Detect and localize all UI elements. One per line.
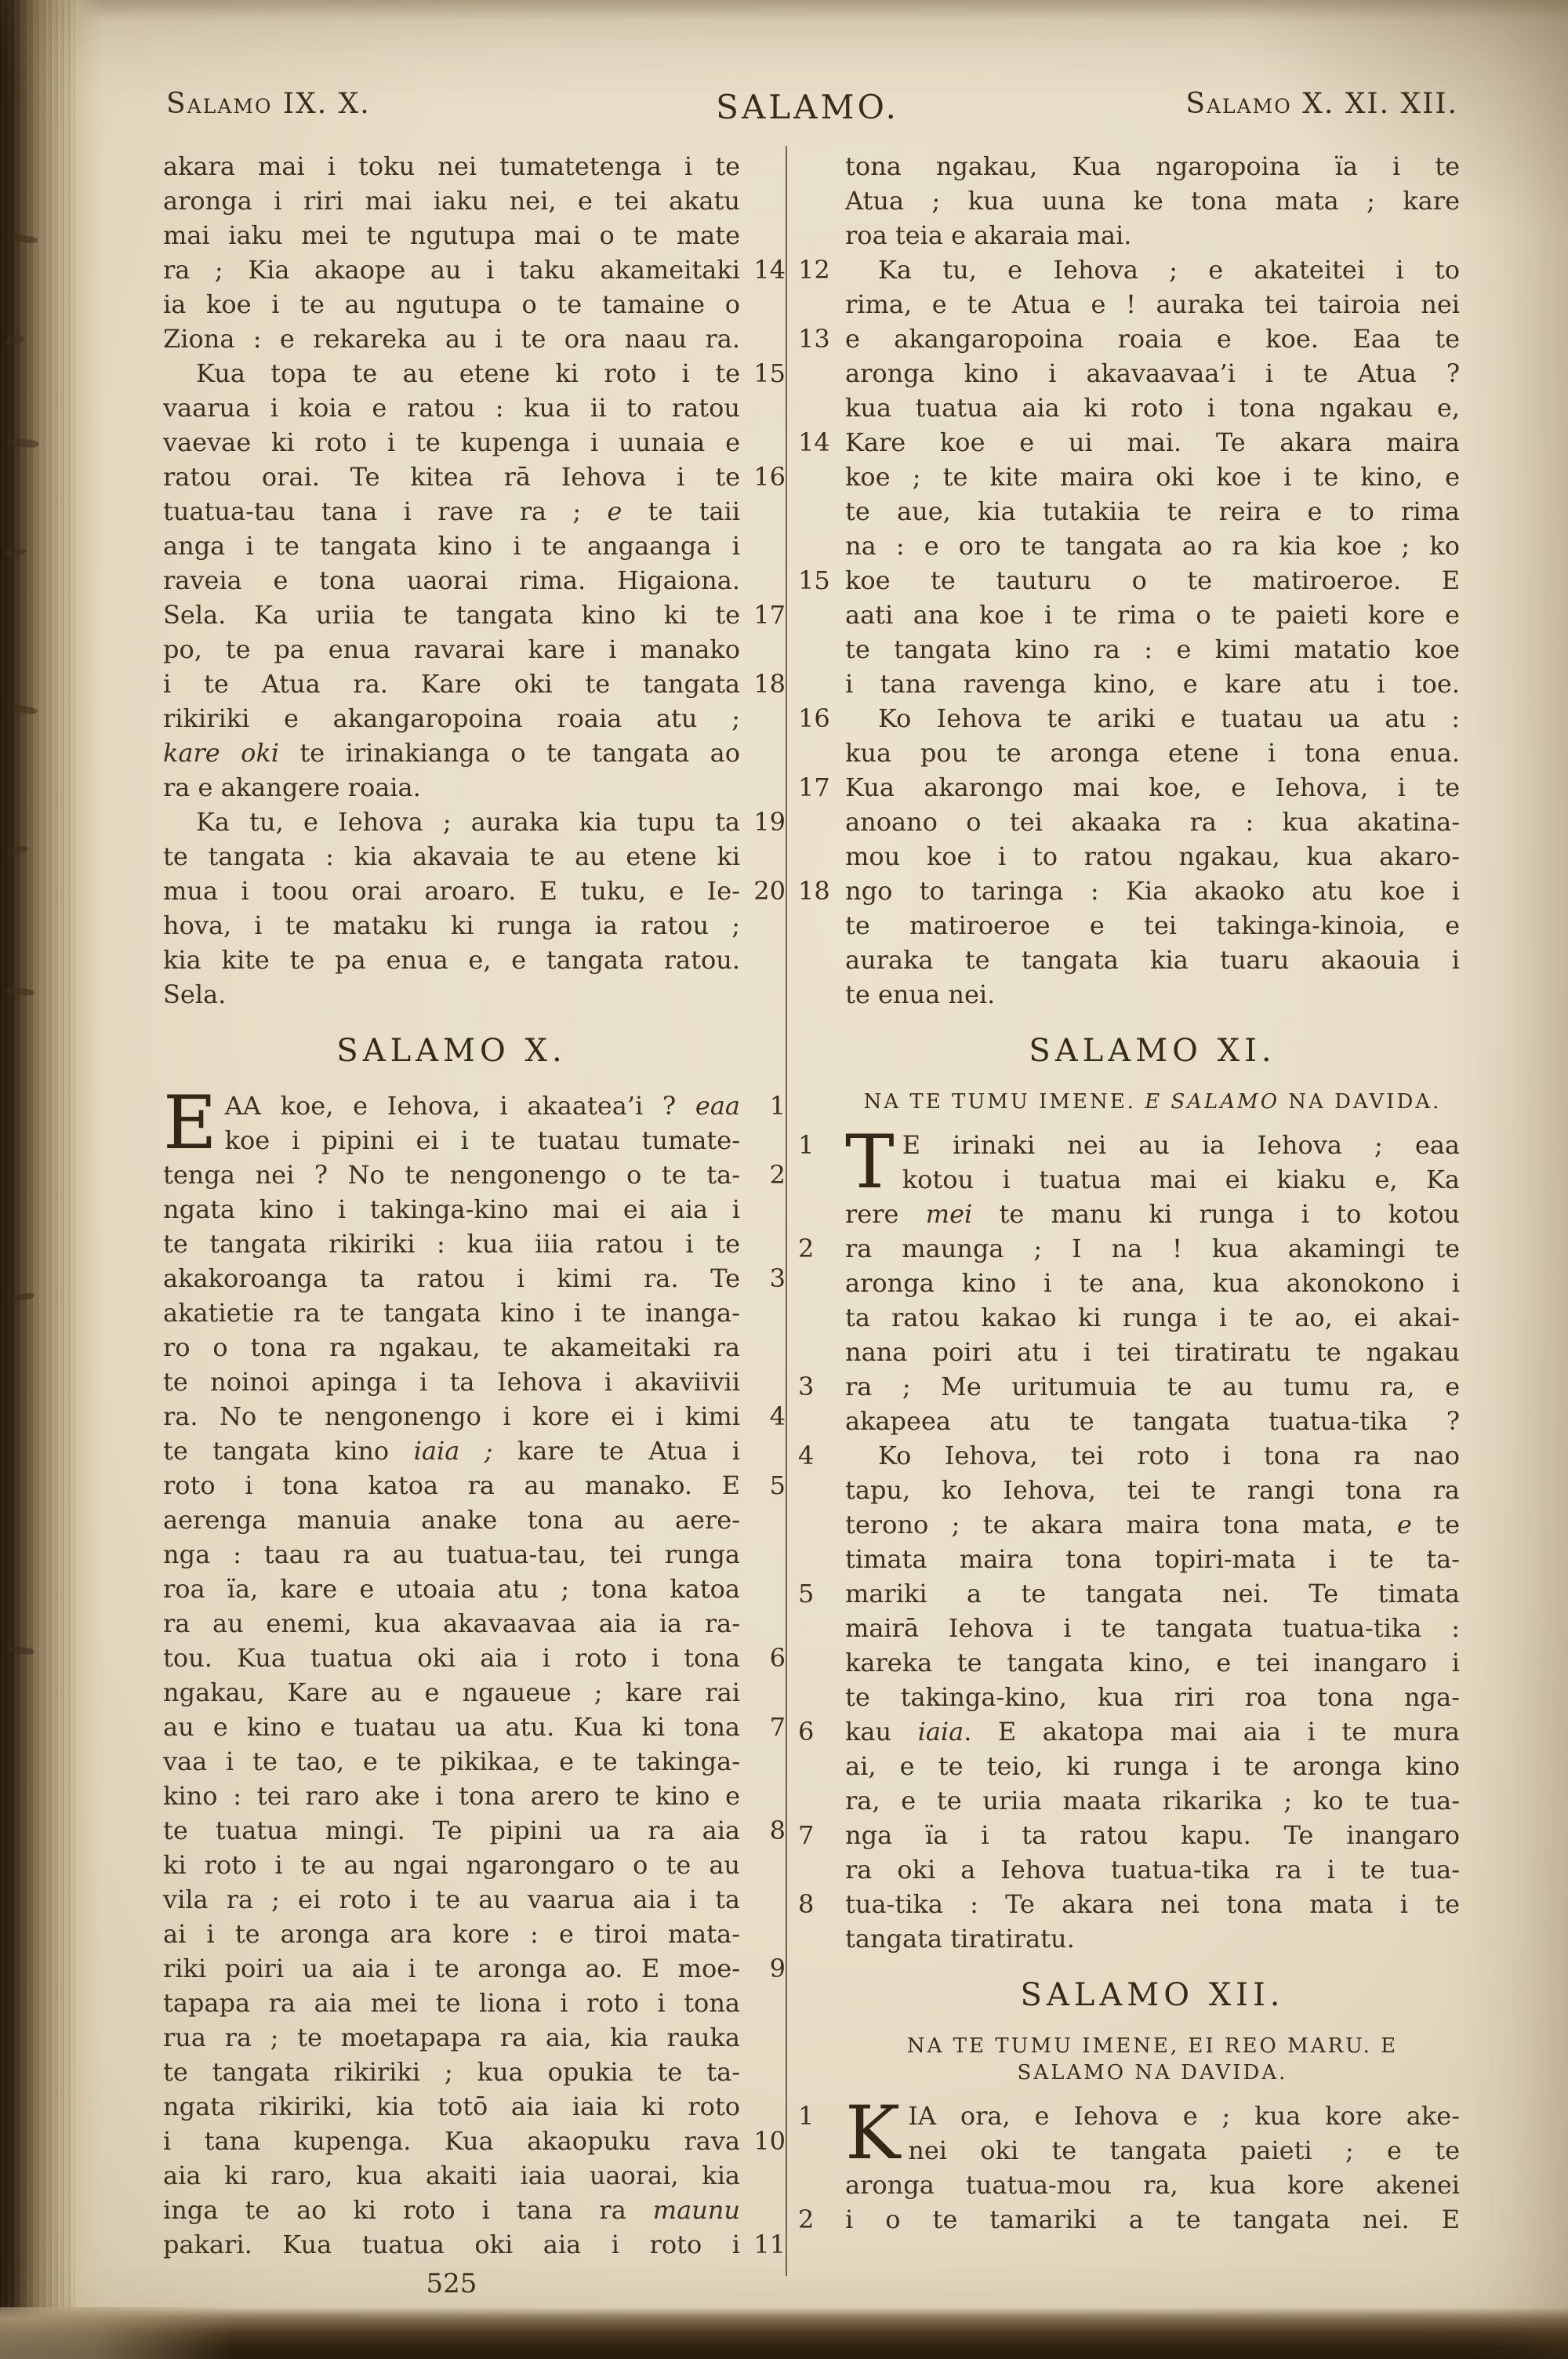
text-line-content: ta ratou kakao ki runga i te ao, ei akai…	[845, 1303, 1460, 1332]
text-line: ngo to taringa : Kia akaoko atu koe i18	[845, 874, 1460, 908]
text-line: Kare koe e ui mai. Te akara maira14	[845, 425, 1460, 460]
text-line-content: aia ki raro, kua akaiti iaia uaorai, kia	[163, 2161, 740, 2190]
text-line: te noinoi apinga i ta Iehova i akaviivii	[163, 1365, 740, 1399]
text-line-content: pakari. Kua tuatua oki aia i roto i	[163, 2230, 740, 2259]
text-line-content: tona ngakau, Kua ngaropoina ïa i te	[845, 151, 1460, 181]
text-line-content: inga te ao ki roto i tana ra maunu	[163, 2195, 740, 2225]
verse-number: 17	[798, 770, 830, 805]
text-line-content: ra ; Kia akaope au i taku akameitaki	[163, 255, 740, 285]
text-line-content: te tangata kino iaia ; kare te Atua i	[163, 1436, 740, 1466]
text-line: te matiroeroe e tei takinga-kinoia, e	[845, 908, 1460, 943]
text-line-content: raveia e tona uaorai rima. Higaiona.	[163, 565, 740, 595]
text-line-content: te noinoi apinga i ta Iehova i akaviivii	[163, 1367, 740, 1397]
top-edge-shadow	[0, 0, 1568, 20]
text-line: po, te pa enua ravarai kare i manako	[163, 632, 740, 667]
running-header-center: SALAMO.	[470, 88, 1145, 126]
text-line-content: te tangata kino ra : e kimi matatio koe	[845, 634, 1460, 664]
verse-number: 18	[798, 874, 830, 908]
text-line: tona ngakau, Kua ngaropoina ïa i te	[845, 149, 1460, 184]
text-line-content: Ka tu, e Iehova ; auraka kia tupu ta	[196, 807, 740, 837]
text-line: riki poiri ua aia i te aronga ao. E moe-…	[163, 1951, 740, 1986]
text-line: akapeea atu te tangata tuatua-tika ?	[845, 1404, 1460, 1438]
text-line: koe te tauturu o te matiroeroe. E15	[845, 563, 1460, 598]
text-line: anoano o tei akaaka ra : kua akatina-	[845, 805, 1460, 839]
book-bottom-edge	[0, 2307, 1568, 2359]
text-line: aronga kino i akavaavaa’i i te Atua ?	[845, 356, 1460, 391]
text-line: i tana kupenga. Kua akaopuku rava10	[163, 2124, 740, 2158]
verse-number: 7	[798, 1818, 814, 1852]
text-line: aronga tuatua-mou ra, kua kore akenei	[845, 2168, 1460, 2202]
text-line: te tangata : kia akavaia te au etene ki	[163, 839, 740, 874]
text-line-content: te enua nei.	[845, 980, 995, 1009]
text-line-content: Ko Iehova, tei roto i tona ra nao	[878, 1441, 1460, 1470]
text-line-content: Atua ; kua uuna ke tona mata ; kare	[845, 186, 1460, 216]
verse-number: 1	[798, 1128, 814, 1162]
text-line: ra ; Kia akaope au i taku akameitaki14	[163, 253, 740, 287]
text-line: kareka te tangata kino, e tei inangaro i	[845, 1645, 1460, 1680]
paragraph: Kua topa te au etene ki roto i te15vaaru…	[163, 356, 740, 805]
text-line: rere mei te manu ki runga i to kotou	[845, 1197, 1460, 1231]
text-line: ra. No te nengonengo i kore ei i kimi4	[163, 1399, 740, 1434]
text-line-content: vaarua i koia e ratou : kua ii to ratou	[163, 393, 740, 423]
text-line-content: te tangata : kia akavaia te au etene ki	[163, 841, 740, 871]
text-line-content: ngata kino i takinga-kino mai ei aia i	[163, 1194, 740, 1224]
text-line: vaarua i koia e ratou : kua ii to ratou	[163, 391, 740, 425]
text-line-content: E irinaki nei au ia Iehova ; eaa	[902, 1130, 1460, 1160]
verse-number: 15	[798, 563, 830, 598]
text-line-content: tuatua-tau tana i rave ra ; e te taii	[163, 496, 740, 526]
text-line-content: timata maira tona topiri-mata i te ta-	[845, 1544, 1460, 1574]
text-line-content: aronga kino i te ana, kua akonokono i	[845, 1268, 1460, 1298]
text-line-content: kua pou te aronga etene i tona enua.	[845, 738, 1460, 768]
verse-number: 17	[753, 598, 786, 632]
column-right: tona ngakau, Kua ngaropoina ïa i teAtua …	[795, 149, 1460, 2237]
text-line-content: te tuatua mingi. Te pipini ua ra aia	[163, 1816, 740, 1845]
text-line: au e kino e tuatau ua atu. Kua ki tona7	[163, 1710, 740, 1744]
text-line: kotou i tuatua mai ei kiaku e, Ka	[845, 1162, 1460, 1197]
text-line-content: i tana kupenga. Kua akaopuku rava	[163, 2126, 740, 2156]
text-line: te aue, kia tutakiia te reira e to rima	[845, 494, 1460, 529]
verse-number: 9	[770, 1951, 786, 1986]
text-line-content: vila ra ; ei roto i te au vaarua aia i t…	[163, 1885, 740, 1914]
text-line: ratou orai. Te kitea rā Iehova i te16	[163, 460, 740, 494]
text-line-content: akara mai i toku nei tumatetenga i te	[163, 151, 740, 181]
text-line: terono ; te akara maira tona mata, e te	[845, 1507, 1460, 1542]
text-line-content: ra ; Me uritumuia te au tumu ra, e	[845, 1372, 1460, 1401]
verse-number: 3	[770, 1261, 786, 1296]
verse-number: 14	[798, 425, 830, 460]
text-line-content: ngo to taringa : Kia akaoko atu koe i	[845, 876, 1460, 906]
text-line: ngata rikiriki, kia totō aia iaia ki rot…	[163, 2089, 740, 2124]
text-line: i te Atua ra. Kare oki te tangata18	[163, 667, 740, 701]
text-line: rikiriki e akangaropoina roaia atu ;	[163, 701, 740, 736]
text-line-content: mariki a te tangata nei. Te timata	[845, 1579, 1460, 1608]
verse-number: 1	[798, 2099, 814, 2133]
text-line-content: ra au enemi, kua akavaavaa aia ia ra-	[163, 1608, 740, 1638]
text-line-content: ro o tona ra ngakau, te akameitaki ra	[163, 1332, 740, 1362]
text-line: tapapa ra aia mei te liona i roto i tona	[163, 1986, 740, 2020]
verse-number: 8	[770, 1813, 786, 1848]
text-line-content: koe ; te kite maira oki koe i te kino, e	[845, 462, 1460, 492]
text-line-content: akapeea atu te tangata tuatua-tika ?	[845, 1406, 1460, 1436]
verse-number: 14	[753, 253, 786, 287]
text-line-content: nga ïa i ta ratou kapu. Te inangaro	[845, 1820, 1460, 1850]
book-bottom-corner-pages	[0, 2307, 235, 2359]
text-line-content: tapu, ko Iehova, tei te rangi tona ra	[845, 1475, 1460, 1505]
text-line-content: ra maunga ; I na ! kua akamingi te	[845, 1234, 1460, 1263]
text-line-content: akakoroanga ta ratou i kimi ra. Te	[163, 1263, 740, 1293]
text-line-content: po, te pa enua ravarai kare i manako	[163, 634, 740, 664]
text-line-content: AA koe, e Iehova, i akaatea’i ? eaa	[225, 1091, 740, 1121]
psalm-subtitle: NA TE TUMU IMENE, EI REO MARU. E	[845, 2033, 1460, 2059]
paragraph: Ka tu, e Iehova ; auraka kia tupu ta19te…	[163, 805, 740, 1012]
text-line-content: mai iaku mei te ngutupa mai o te mate	[163, 220, 740, 250]
text-line: ngata kino i takinga-kino mai ei aia i	[163, 1192, 740, 1227]
text-line: akakoroanga ta ratou i kimi ra. Te3	[163, 1261, 740, 1296]
text-line: kua pou te aronga etene i tona enua.	[845, 736, 1460, 770]
verse-number: 10	[753, 2124, 786, 2158]
text-line: e akangaropoina roaia e koe. Eaa te13	[845, 322, 1460, 356]
text-line-content: te tangata rikiriki : kua iiia ratou i t…	[163, 1229, 740, 1259]
text-line: tapu, ko Iehova, tei te rangi tona ra	[845, 1473, 1460, 1507]
text-line-content: vaevae ki roto i te kupenga i uunaia e	[163, 427, 740, 457]
text-line: rua ra ; te moetapapa ra aia, kia rauka	[163, 2020, 740, 2055]
text-line: ta ratou kakao ki runga i te ao, ei akai…	[845, 1300, 1460, 1335]
text-line-content: tenga nei ? No te nengonengo o te ta-	[163, 1160, 740, 1190]
text-line: te tangata kino ra : e kimi matatio koe	[845, 632, 1460, 667]
text-line: mou koe i to ratou ngakau, kua akaro-	[845, 839, 1460, 874]
text-line: roa ïa, kare e utoaia atu ; tona katoa	[163, 1572, 740, 1606]
text-line: koe i pipini ei i te tuatau tumate-	[163, 1123, 740, 1158]
psalm-subtitle-group: NA TE TUMU IMENE, EI REO MARU. ESALAMO N…	[845, 2033, 1460, 2086]
text-line-content: tua-tika : Te akara nei tona mata i te	[845, 1889, 1460, 1919]
text-line-content: kua tuatua aia ki roto i tona ngakau e,	[845, 393, 1460, 423]
psalm-subtitle: SALAMO NA DAVIDA.	[845, 2059, 1460, 2086]
text-line: ra maunga ; I na ! kua akamingi te2	[845, 1231, 1460, 1266]
paragraph: Ko Iehova, tei roto i tona ra nao4tapu, …	[845, 1438, 1460, 1956]
paragraph: tona ngakau, Kua ngaropoina ïa i teAtua …	[845, 149, 1460, 253]
text-line: aati ana koe i te rima o te paieti kore …	[845, 598, 1460, 632]
text-line-content: kareka te tangata kino, e tei inangaro i	[845, 1648, 1460, 1677]
text-line-content: mua i toou orai aroaro. E tuku, e Ie-	[163, 876, 740, 906]
psalm-heading: SALAMO X.	[163, 1032, 740, 1070]
text-line-content: vaa i te tao, e te pikikaa, e te takinga…	[163, 1747, 740, 1776]
text-line: i tana ravenga kino, e kare atu i toe.	[845, 667, 1460, 701]
psalm-subtitle-group: NA TE TUMU IMENE. E SALAMO NA DAVIDA.	[845, 1089, 1460, 1115]
text-line: Atua ; kua uuna ke tona mata ; kare	[845, 184, 1460, 218]
text-line-content: nana poiri atu i tei tiratiratu te ngaka…	[845, 1337, 1460, 1367]
verse-number: 12	[798, 253, 830, 287]
text-line-content: i te Atua ra. Kare oki te tangata	[163, 669, 740, 699]
text-line: rima, e te Atua e ! auraka tei tairoia n…	[845, 287, 1460, 322]
text-line: raveia e tona uaorai rima. Higaiona.	[163, 563, 740, 598]
paragraph: Ka tu, e Iehova ; e akateitei i to12rima…	[845, 253, 1460, 701]
text-line-content: e akangaropoina roaia e koe. Eaa te	[845, 324, 1460, 354]
psalm-heading: SALAMO XII.	[845, 1976, 1460, 2014]
text-line-content: kare oki te irinakianga o te tangata ao	[163, 738, 740, 768]
text-line: inga te ao ki roto i tana ra maunu	[163, 2193, 740, 2227]
verse-number: 6	[770, 1641, 786, 1675]
text-line: Sela. Ka uriia te tangata kino ki te17	[163, 598, 740, 632]
text-line: mua i toou orai aroaro. E tuku, e Ie-20	[163, 874, 740, 908]
text-line: nga ïa i ta ratou kapu. Te inangaro7	[845, 1818, 1460, 1852]
verse-number: 18	[753, 667, 786, 701]
text-line-content: tou. Kua tuatua oki aia i roto i tona	[163, 1643, 740, 1673]
text-line: te takinga-kino, kua riri roa tona nga-	[845, 1680, 1460, 1714]
text-line: te tangata kino iaia ; kare te Atua i	[163, 1434, 740, 1468]
text-line: vila ra ; ei roto i te au vaarua aia i t…	[163, 1882, 740, 1917]
page-number: 525	[163, 2268, 740, 2299]
text-line-content: Sela.	[163, 980, 226, 1009]
text-line: Ko Iehova, tei roto i tona ra nao4	[845, 1438, 1460, 1473]
text-line-content: roa teia e akaraia mai.	[845, 220, 1131, 250]
text-line: kua tuatua aia ki roto i tona ngakau e,	[845, 391, 1460, 425]
text-line: tuatua-tau tana i rave ra ; e te taii	[163, 494, 740, 529]
text-line-content: ai i te aronga ara kore : e tiroi mata-	[163, 1919, 740, 1949]
text-line-content: aronga tuatua-mou ra, kua kore akenei	[845, 2170, 1460, 2200]
text-line: AA koe, e Iehova, i akaatea’i ? eaa1	[163, 1089, 740, 1123]
text-line: kau iaia. E akatopa mai aia i te mura6	[845, 1714, 1460, 1749]
text-line-content: ai, e te teio, ki runga i te aronga kino	[845, 1751, 1460, 1781]
paragraph: EAA koe, e Iehova, i akaatea’i ? eaa1koe…	[163, 1089, 740, 2262]
text-line: Ko Iehova te ariki e tuatau ua atu :16	[845, 701, 1460, 736]
text-line: Ka tu, e Iehova ; auraka kia tupu ta19	[163, 805, 740, 839]
verse-number: 7	[770, 1710, 786, 1744]
text-line-content: Sela. Ka uriia te tangata kino ki te	[163, 600, 740, 630]
text-line-content: rima, e te Atua e ! auraka tei tairoia n…	[845, 289, 1460, 319]
verse-number: 15	[753, 356, 786, 391]
text-line-content: i tana ravenga kino, e kare atu i toe.	[845, 669, 1460, 699]
text-line-content: mairā Iehova i te tangata tuatua-tika :	[845, 1613, 1460, 1643]
text-line-content: ra e akangere roaia.	[163, 772, 421, 802]
verse-number: 11	[753, 2227, 786, 2262]
text-line: pakari. Kua tuatua oki aia i roto i11	[163, 2227, 740, 2262]
paragraph: Ko Iehova te ariki e tuatau ua atu :16ku…	[845, 701, 1460, 1012]
text-line: kia kite te pa enua e, e tangata ratou.	[163, 943, 740, 977]
text-line: ki roto i te au ngai ngarongaro o te au	[163, 1848, 740, 1882]
text-line: IA ora, e Iehova e ; kua kore ake-1	[845, 2099, 1460, 2133]
text-line-content: te matiroeroe e tei takinga-kinoia, e	[845, 911, 1460, 940]
paragraph: KIA ora, e Iehova e ; kua kore ake-1nei …	[845, 2099, 1460, 2237]
text-line-content: rikiriki e akangaropoina roaia atu ;	[163, 703, 740, 733]
text-line: ro o tona ra ngakau, te akameitaki ra	[163, 1330, 740, 1365]
page-edge-streaks	[0, 0, 75, 2359]
text-line: ra ; Me uritumuia te au tumu ra, e3	[845, 1369, 1460, 1404]
text-line: i o te tamariki a te tangata nei. E2	[845, 2202, 1460, 2237]
text-line: ra, e te uriia maata rikarika ; ko te tu…	[845, 1783, 1460, 1818]
text-line: tou. Kua tuatua oki aia i roto i tona6	[163, 1641, 740, 1675]
text-line: Ka tu, e Iehova ; e akateitei i to12	[845, 253, 1460, 287]
verse-number: 16	[753, 460, 786, 494]
text-line-content: aronga i riri mai iaku nei, e tei akatu	[163, 186, 740, 216]
text-line: kare oki te irinakianga o te tangata ao	[163, 736, 740, 770]
text-line: ra oki a Iehova tuatua-tika ra i te tua-	[845, 1852, 1460, 1887]
text-line-content: Ziona : e rekareka au i te ora naau ra.	[163, 324, 740, 354]
text-line-content: anoano o tei akaaka ra : kua akatina-	[845, 807, 1460, 837]
text-line-content: rua ra ; te moetapapa ra aia, kia rauka	[163, 2023, 740, 2052]
text-line-content: IA ora, e Iehova e ; kua kore ake-	[908, 2101, 1460, 2131]
text-line-content: tangata tiratiratu.	[845, 1924, 1075, 1954]
text-line-content: kino : tei raro ake i tona arero te kino…	[163, 1781, 740, 1811]
text-line: anga i te tangata kino i te angaanga i	[163, 529, 740, 563]
text-line-content: ia koe i te au ngutupa o te tamaine o	[163, 289, 740, 319]
verse-number: 3	[798, 1369, 814, 1404]
verse-number: 5	[770, 1468, 786, 1503]
text-line-content: koe i pipini ei i te tuatau tumate-	[225, 1125, 740, 1155]
verse-number: 4	[770, 1399, 786, 1434]
text-line: tua-tika : Te akara nei tona mata i te8	[845, 1887, 1460, 1921]
text-line-content: aerenga manuia anake tona au aere-	[163, 1505, 740, 1535]
text-line-content: te takinga-kino, kua riri roa tona nga-	[845, 1682, 1460, 1712]
text-line-content: na : e oro te tangata ao ra kia koe ; ko	[845, 531, 1460, 561]
psalm-subtitle: NA TE TUMU IMENE. E SALAMO NA DAVIDA.	[845, 1089, 1460, 1115]
text-line-content: ra. No te nengonengo i kore ei i kimi	[163, 1401, 740, 1431]
text-line-content: ratou orai. Te kitea rā Iehova i te	[163, 462, 740, 492]
text-line-content: anga i te tangata kino i te angaanga i	[163, 531, 740, 561]
text-line-content: nei oki te tangata paieti ; e te	[908, 2135, 1460, 2165]
text-line-content: Kare koe e ui mai. Te akara maira	[845, 427, 1460, 457]
verse-number: 1	[770, 1089, 786, 1123]
text-line-content: roa ïa, kare e utoaia atu ; tona katoa	[163, 1574, 740, 1604]
text-line-content: te tangata rikiriki ; kua opukia te ta-	[163, 2057, 740, 2087]
text-line-content: hova, i te mataku ki runga ia ratou ;	[163, 911, 740, 940]
text-line-content: koe te tauturu o te matiroeroe. E	[845, 565, 1460, 595]
text-line: hova, i te mataku ki runga ia ratou ;	[163, 908, 740, 943]
text-line: te enua nei.	[845, 977, 1460, 1012]
text-line-content: Kua akarongo mai koe, e Iehova, i te	[845, 772, 1460, 802]
verse-number: 2	[798, 2202, 814, 2237]
running-header-right: Salamo X. XI. XII.	[1082, 88, 1458, 120]
text-line-content: kau iaia. E akatopa mai aia i te mura	[845, 1717, 1460, 1747]
text-line: ra au enemi, kua akavaavaa aia ia ra-	[163, 1606, 740, 1641]
text-line: roa teia e akaraia mai.	[845, 218, 1460, 253]
text-line-content: ra, e te uriia maata rikarika ; ko te tu…	[845, 1786, 1460, 1816]
text-line: vaa i te tao, e te pikikaa, e te takinga…	[163, 1744, 740, 1779]
text-line: ra e akangere roaia.	[163, 770, 740, 805]
column-left: akara mai i toku nei tumatetenga i tearo…	[163, 149, 790, 2262]
text-line: koe ; te kite maira oki koe i te kino, e	[845, 460, 1460, 494]
text-line: te tangata rikiriki ; kua opukia te ta-	[163, 2055, 740, 2089]
text-line-content: Kua topa te au etene ki roto i te	[196, 358, 740, 388]
text-line-content: kia kite te pa enua e, e tangata ratou.	[163, 945, 740, 975]
verse-number: 16	[798, 701, 830, 736]
text-line-content: aronga kino i akavaavaa’i i te Atua ?	[845, 358, 1460, 388]
text-line: mairā Iehova i te tangata tuatua-tika :	[845, 1611, 1460, 1645]
verse-number: 4	[798, 1438, 814, 1473]
text-line-content: mou koe i to ratou ngakau, kua akaro-	[845, 841, 1460, 871]
verse-number: 19	[753, 805, 786, 839]
text-line: ngakau, Kare au e ngaueue ; kare rai	[163, 1675, 740, 1710]
text-line-content: nga : taau ra au tuatua-tau, tei runga	[163, 1539, 740, 1569]
verse-number: 20	[753, 874, 786, 908]
text-line: te tangata rikiriki : kua iiia ratou i t…	[163, 1227, 740, 1261]
scanned-book-page: Salamo IX. X. SALAMO. Salamo X. XI. XII.…	[0, 0, 1568, 2359]
text-line: Kua akarongo mai koe, e Iehova, i te17	[845, 770, 1460, 805]
verse-number: 6	[798, 1714, 814, 1749]
verse-number: 8	[798, 1887, 814, 1921]
text-line: te tuatua mingi. Te pipini ua ra aia8	[163, 1813, 740, 1848]
text-line: ai, e te teio, ki runga i te aronga kino	[845, 1749, 1460, 1783]
text-line: roto i tona katoa ra au manako. E5	[163, 1468, 740, 1503]
text-line: nei oki te tangata paieti ; e te	[845, 2133, 1460, 2168]
text-line-content: Ka tu, e Iehova ; e akateitei i to	[878, 255, 1460, 285]
text-line: akatietie ra te tangata kino i te inanga…	[163, 1296, 740, 1330]
text-line: nana poiri atu i tei tiratiratu te ngaka…	[845, 1335, 1460, 1369]
paragraph: TE irinaki nei au ia Iehova ; eaa1kotou …	[845, 1128, 1460, 1438]
text-line-content: akatietie ra te tangata kino i te inanga…	[163, 1298, 740, 1328]
text-line: akara mai i toku nei tumatetenga i te	[163, 149, 740, 184]
text-line-content: te aue, kia tutakiia te reira e to rima	[845, 496, 1460, 526]
text-line-content: terono ; te akara maira tona mata, e te	[845, 1510, 1460, 1539]
text-line: auraka te tangata kia tuaru akaouia i	[845, 943, 1460, 977]
text-line: mai iaku mei te ngutupa mai o te mate	[163, 218, 740, 253]
text-line-content: ki roto i te au ngai ngarongaro o te au	[163, 1850, 740, 1880]
verse-number: 2	[798, 1231, 814, 1266]
paragraph: akara mai i toku nei tumatetenga i tearo…	[163, 149, 740, 356]
text-line: kino : tei raro ake i tona arero te kino…	[163, 1779, 740, 1813]
text-line-content: auraka te tangata kia tuaru akaouia i	[845, 945, 1460, 975]
text-line-content: roto i tona katoa ra au manako. E	[163, 1470, 740, 1500]
text-line: ia koe i te au ngutupa o te tamaine o	[163, 287, 740, 322]
verse-number: 2	[770, 1158, 786, 1192]
text-line: Kua topa te au etene ki roto i te15	[163, 356, 740, 391]
psalm-heading: SALAMO XI.	[845, 1032, 1460, 1070]
text-line-content: ngakau, Kare au e ngaueue ; kare rai	[163, 1677, 740, 1707]
text-line-content: i o te tamariki a te tangata nei. E	[845, 2205, 1460, 2234]
text-line: ai i te aronga ara kore : e tiroi mata-	[163, 1917, 740, 1951]
text-line: nga : taau ra au tuatua-tau, tei runga	[163, 1537, 740, 1572]
verse-number: 5	[798, 1576, 814, 1611]
text-line: timata maira tona topiri-mata i te ta-	[845, 1542, 1460, 1576]
text-line-content: rere mei te manu ki runga i to kotou	[845, 1199, 1460, 1229]
text-line: Ziona : e rekareka au i te ora naau ra.	[163, 322, 740, 356]
text-line: na : e oro te tangata ao ra kia koe ; ko	[845, 529, 1460, 563]
text-line-content: kotou i tuatua mai ei kiaku e, Ka	[902, 1165, 1460, 1194]
text-line: tangata tiratiratu.	[845, 1921, 1460, 1956]
text-line: aronga kino i te ana, kua akonokono i	[845, 1266, 1460, 1300]
text-line-content: ngata rikiriki, kia totō aia iaia ki rot…	[163, 2092, 740, 2121]
text-line: Sela.	[163, 977, 740, 1012]
text-line: tenga nei ? No te nengonengo o te ta-2	[163, 1158, 740, 1192]
text-line-content: au e kino e tuatau ua atu. Kua ki tona	[163, 1712, 740, 1742]
text-line: mariki a te tangata nei. Te timata5	[845, 1576, 1460, 1611]
text-line-content: riki poiri ua aia i te aronga ao. E moe-	[163, 1954, 740, 1983]
text-line-content: tapapa ra aia mei te liona i roto i tona	[163, 1988, 740, 2018]
text-line: E irinaki nei au ia Iehova ; eaa1	[845, 1128, 1460, 1162]
text-line: aia ki raro, kua akaiti iaia uaorai, kia	[163, 2158, 740, 2193]
text-line-content: ra oki a Iehova tuatua-tika ra i te tua-	[845, 1855, 1460, 1885]
text-line-content: Ko Iehova te ariki e tuatau ua atu :	[878, 703, 1460, 733]
text-line: vaevae ki roto i te kupenga i uunaia e	[163, 425, 740, 460]
text-line: aerenga manuia anake tona au aere-	[163, 1503, 740, 1537]
text-line-content: aati ana koe i te rima o te paieti kore …	[845, 600, 1460, 630]
verse-number: 13	[798, 322, 830, 356]
text-line: aronga i riri mai iaku nei, e tei akatu	[163, 184, 740, 218]
